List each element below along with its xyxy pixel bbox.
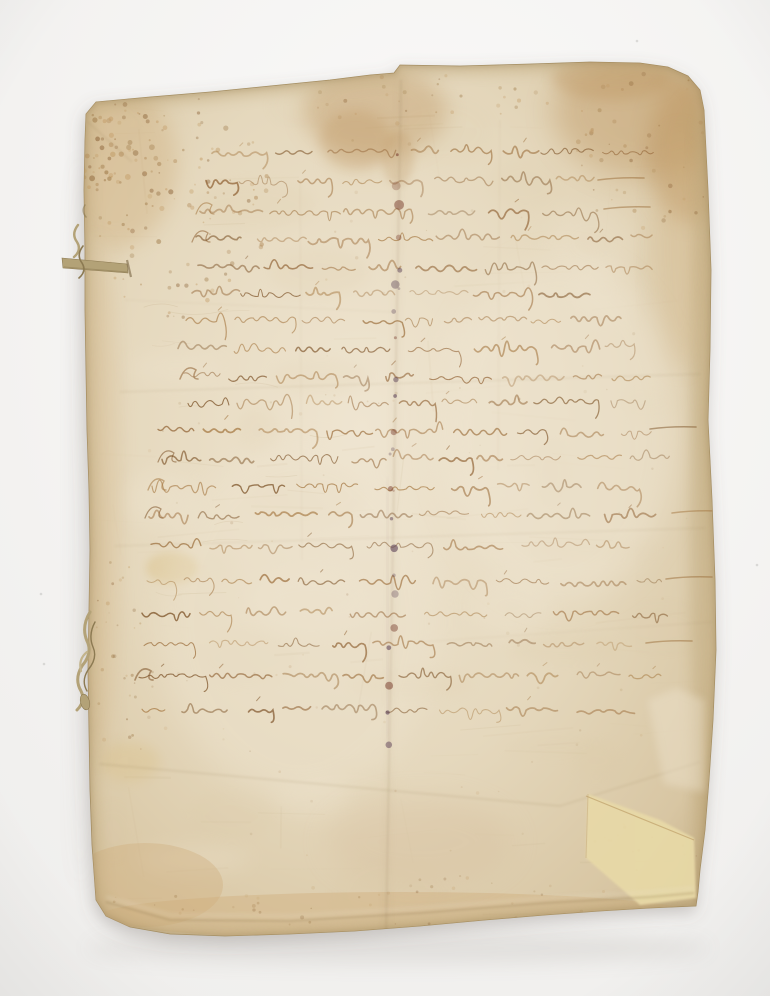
manuscript-photo: Photograph of an antique parchment manus… xyxy=(0,0,770,996)
parchment-sheet xyxy=(53,46,743,956)
manuscript-photograph: Photograph of an antique parchment manus… xyxy=(0,0,770,996)
